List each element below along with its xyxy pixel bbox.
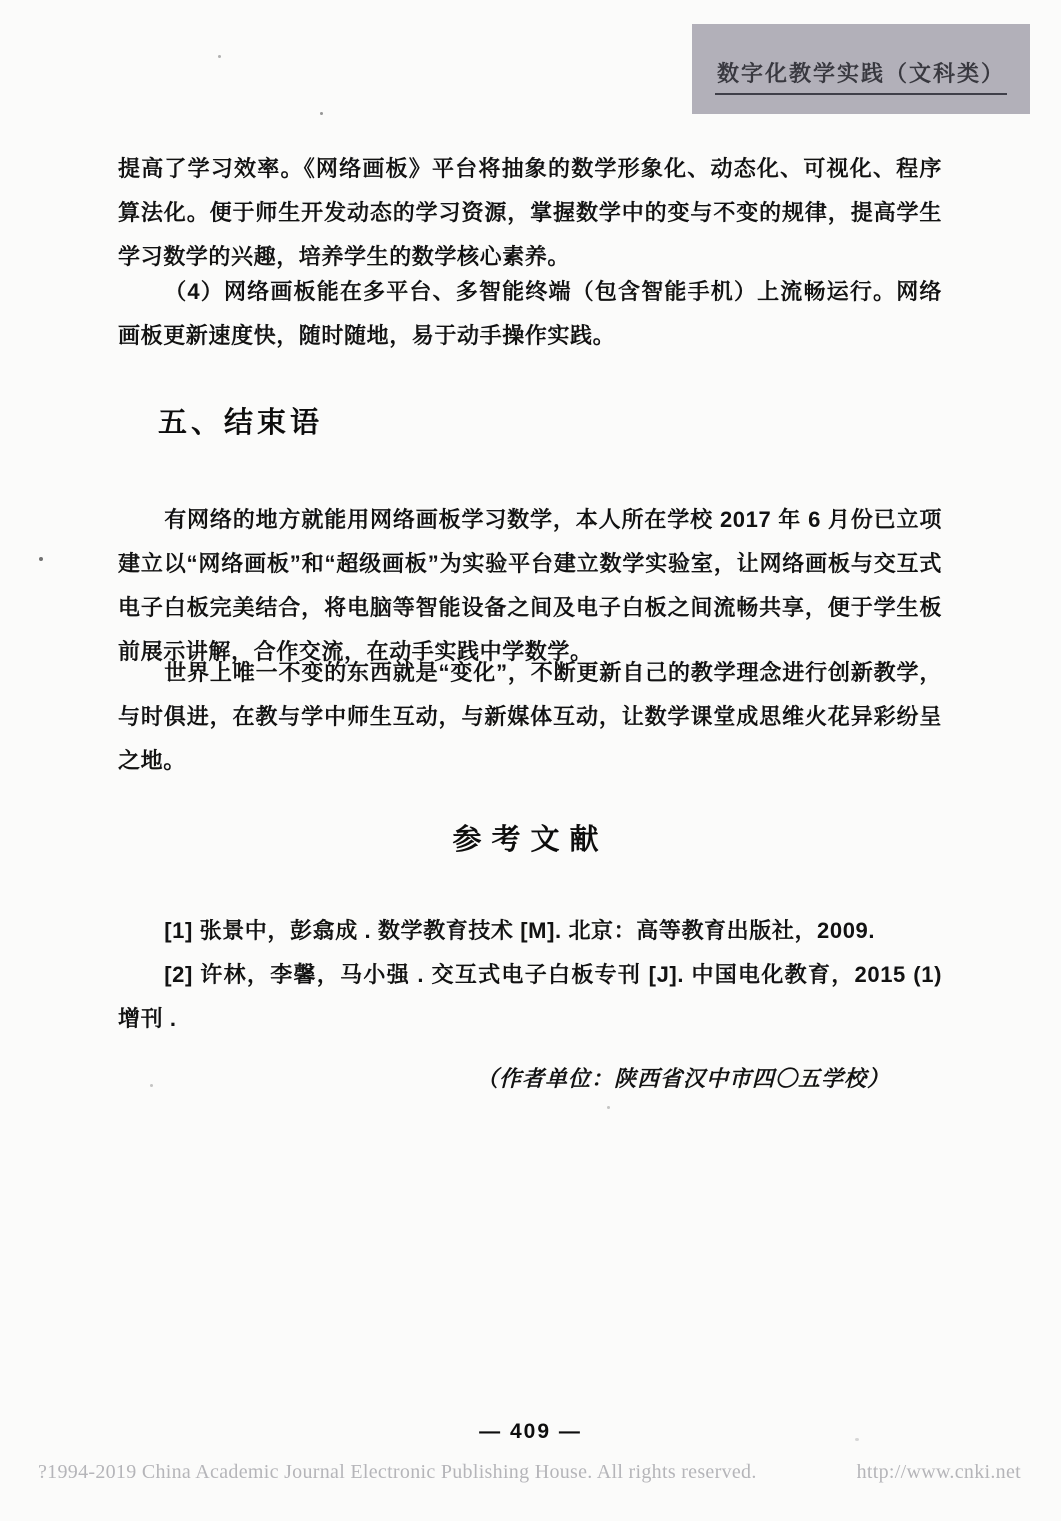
scan-footer: ?1994-2019 China Academic Journal Electr… [38, 1461, 1021, 1484]
journal-section-banner: 数字化教学实践（文科类） [692, 24, 1030, 114]
body-paragraph-item4: （4）网络画板能在多平台、多智能终端（包含智能手机）上流畅运行。网络画板更新速度… [118, 270, 942, 358]
reference-entry-1: [1] 张景中，彭翕成 . 数学教育技术 [M]. 北京：高等教育出版社，200… [118, 909, 942, 953]
scan-artifact-dot [150, 1084, 153, 1087]
section-heading-conclusion: 五、结束语 [158, 400, 323, 441]
journal-section-title: 数字化教学实践（文科类） [715, 43, 1007, 95]
reference-entry-2: [2] 许林，李馨，马小强 . 交互式电子白板专刊 [J]. 中国电化教育，20… [118, 953, 942, 1041]
document-page: 数字化教学实践（文科类） 提高了学习效率。《网络画板》平台将抽象的数学形象化、动… [0, 0, 1061, 1521]
scan-artifact-dot [320, 112, 323, 115]
copyright-notice: ?1994-2019 China Academic Journal Electr… [38, 1461, 757, 1484]
cnki-url: http://www.cnki.net [857, 1461, 1021, 1484]
page-number: — 409 — [0, 1420, 1061, 1444]
author-affiliation: （作者单位：陕西省汉中市四〇五学校） [476, 1062, 890, 1093]
conclusion-paragraph-2: 世界上唯一不变的东西就是“变化”，不断更新自己的教学理念进行创新教学，与时俱进，… [118, 651, 942, 783]
scan-artifact-dot [607, 1106, 610, 1109]
conclusion-paragraph-1: 有网络的地方就能用网络画板学习数学，本人所在学校 2017 年 6 月份已立项建… [118, 498, 942, 674]
references-heading: 参考文献 [0, 817, 1061, 858]
scan-artifact-dot [855, 1438, 859, 1441]
scan-artifact-dot [218, 55, 221, 58]
body-paragraph-continued: 提高了学习效率。《网络画板》平台将抽象的数学形象化、动态化、可视化、程序算法化。… [118, 147, 942, 279]
scan-artifact-dot [39, 557, 43, 561]
